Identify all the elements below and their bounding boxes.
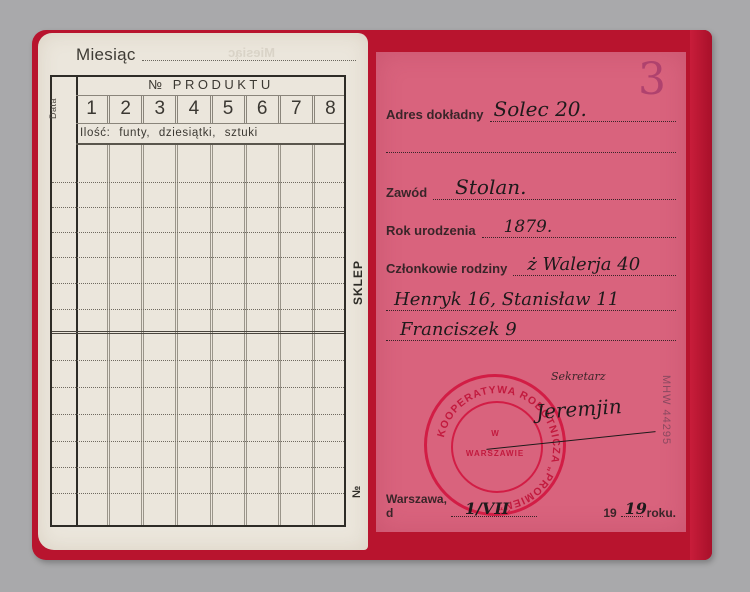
address-field: Adres dokładny Solec 20.: [386, 98, 676, 122]
birth-year-field: Rok urodzenia 1879.: [386, 214, 676, 238]
product-number: 8: [315, 95, 346, 123]
secretary-label: Sekretarz: [551, 370, 606, 383]
product-number: 6: [247, 95, 281, 123]
family-members-line: ż Walerja 40: [513, 251, 676, 276]
product-number-row: 1 2 3 4 5 6 7 8: [76, 95, 346, 124]
grid-row-line: [52, 182, 346, 183]
month-ghost-print: Miesiąc: [228, 45, 275, 60]
address-value: Solec 20.: [494, 97, 587, 121]
product-number: 5: [213, 95, 247, 123]
grid-column: [213, 145, 247, 525]
month-row: Miesiąc: [76, 41, 356, 65]
grid-row-line: [52, 283, 346, 284]
stamp-center-w: W: [427, 429, 563, 438]
occupation-field: Zawód Stolan.: [386, 176, 676, 200]
grid-right-rule: [344, 75, 346, 527]
grid-column: [315, 145, 346, 525]
product-grid: Data № PRODUKTU 1 2 3 4 5 6 7 8 Ilość: f…: [50, 75, 346, 527]
grid-column: [178, 145, 212, 525]
grid-row-line: [52, 441, 346, 442]
birth-year-value: 1879.: [504, 217, 553, 237]
family-members-value: ż Walerja 40: [527, 254, 640, 275]
birth-year-line: 1879.: [482, 213, 676, 238]
grid-row-line: [52, 493, 346, 494]
grid-row-line: [52, 467, 346, 468]
secretary-signature: Jeremjin: [535, 394, 622, 424]
grid-columns: [76, 145, 346, 525]
grid-row-line: [52, 414, 346, 415]
family-line-3: Franciszek 9: [386, 340, 676, 341]
month-label: Miesiąc: [76, 45, 136, 65]
grid-row-line: [52, 387, 346, 388]
birth-year-label: Rok urodzenia: [386, 223, 476, 238]
shop-number-label: №: [351, 486, 363, 498]
date-column: Data: [52, 77, 78, 525]
grid-row-line: [52, 207, 346, 208]
family-members-label: Członkowie rodziny: [386, 261, 507, 276]
issue-date-line: Warszawa, d 1/VII 19 19 roku.: [386, 502, 676, 520]
grid-bottom-rule: [52, 525, 346, 527]
year-line: 19: [621, 515, 643, 517]
year-suffix: 19: [625, 499, 647, 518]
address-continuation-line: [386, 152, 676, 153]
catalog-number: MHW 44295: [660, 375, 672, 445]
product-header: № PRODUKTU: [76, 77, 346, 96]
quantity-units-label: Ilość: funty, dziesiątki, sztuki: [76, 123, 346, 145]
grid-row-line: [52, 232, 346, 233]
family-members-line-3: Franciszek 9: [400, 319, 517, 340]
grid-column: [110, 145, 144, 525]
address-line: Solec 20.: [490, 97, 676, 122]
address-label: Adres dokładny: [386, 107, 484, 122]
cover-edge: [690, 30, 712, 560]
family-members-line-2: Henryk 16, Stanisław 11: [394, 289, 619, 310]
grid-column: [76, 145, 110, 525]
grid-column: [247, 145, 281, 525]
grid-mid-rule: [52, 331, 346, 334]
product-number: 1: [76, 95, 110, 123]
grid-row-line: [52, 257, 346, 258]
product-number: 4: [178, 95, 212, 123]
left-page-ration-grid: Miesiąc Miesiąc Data № PRODUKTU 1 2 3 4 …: [38, 33, 368, 550]
family-members-field: Członkowie rodziny ż Walerja 40: [386, 252, 676, 276]
product-number: 2: [110, 95, 144, 123]
year-word: roku.: [647, 506, 676, 520]
product-number: 7: [281, 95, 315, 123]
occupation-line: Stolan.: [433, 175, 676, 200]
issue-day-line: 1/VII: [451, 515, 537, 517]
grid-column: [281, 145, 315, 525]
date-column-label: Data: [48, 98, 58, 119]
family-line-2: Henryk 16, Stanisław 11: [386, 310, 676, 311]
stamp-center-city: WARSZAWIE: [427, 449, 563, 458]
occupation-label: Zawód: [386, 185, 427, 200]
shop-label: SKLEP: [351, 260, 365, 305]
grid-row-line: [52, 309, 346, 310]
year-prefix: 19: [603, 506, 616, 520]
grid-column: [144, 145, 178, 525]
grid-row-line: [52, 360, 346, 361]
issue-day: 1/VII: [465, 499, 509, 518]
product-number: 3: [144, 95, 178, 123]
right-page-member-info: 3 Adres dokładny Solec 20. Zawód Stolan.…: [376, 52, 686, 532]
issue-place: Warszawa, d: [386, 492, 447, 520]
occupation-value: Stolan.: [455, 175, 526, 199]
